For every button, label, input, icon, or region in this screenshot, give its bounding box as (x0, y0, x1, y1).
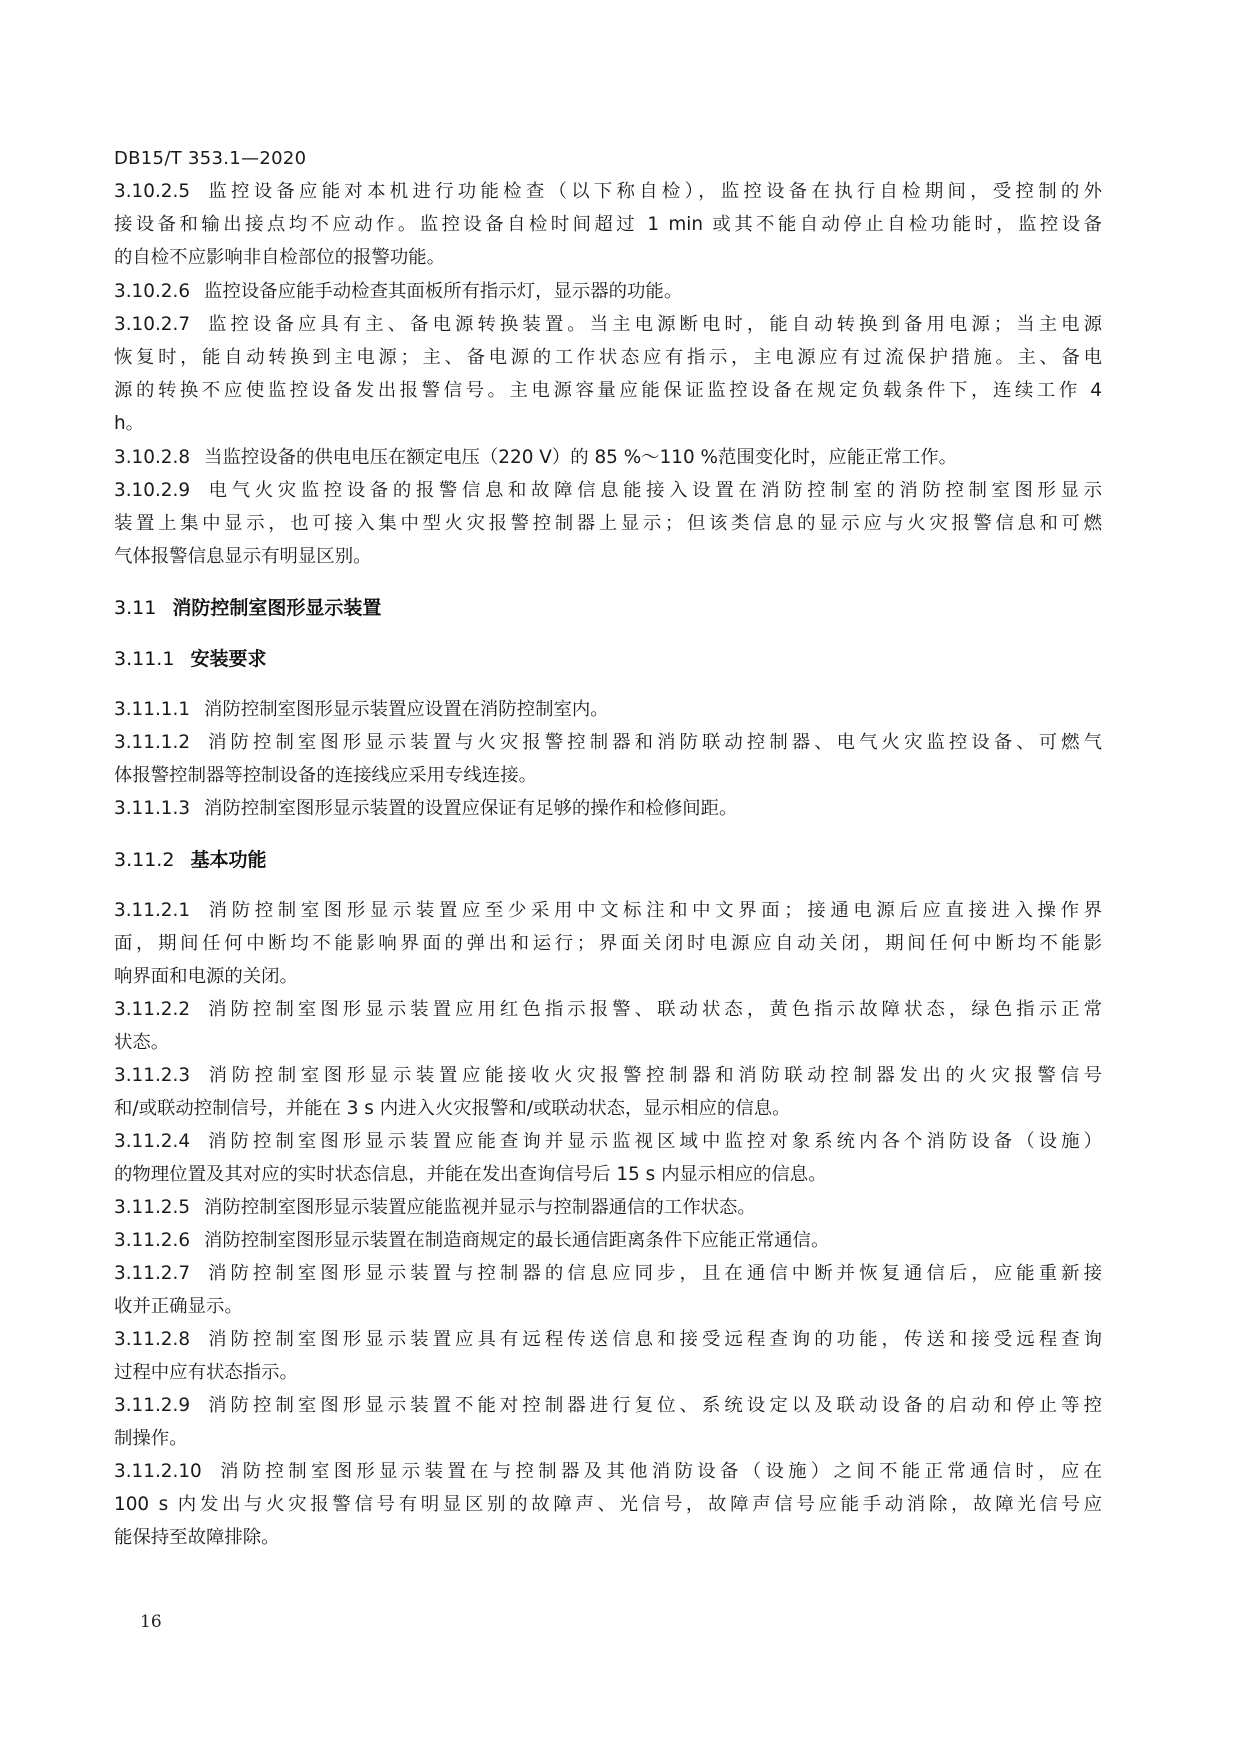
clause-3-11-2-8-line-2: 过程中应有状态指示。 (114, 1361, 1102, 1385)
clause-3-11-2-9-line-2: 制操作。 (114, 1427, 1102, 1451)
clause-3-10-2-9-line-2: 装置上集中显示，也可接入集中型火灾报警控制器上显示；但该类信息的显示应与火灾报警… (114, 512, 1102, 536)
clause-text: 监控设备应能对本机进行功能检查（以下称自检），监控设备在执行自检期间，受控制的外 (204, 181, 1102, 202)
clause-3-10-2-8-line-1: 3.10.2.8当监控设备的供电电压在额定电压（220 V）的 85 %～110… (114, 446, 1102, 470)
clause-3-11-2-7-line-2: 收并正确显示。 (114, 1295, 1102, 1319)
clause-number: 3.11.1.3 (114, 797, 190, 821)
section-number: 3.11.1 (114, 647, 174, 671)
section-heading-3-11-2: 3.11.2基本功能 (114, 848, 266, 872)
clause-text: 消防控制室图形显示装置应设置在消防控制室内。 (204, 699, 609, 720)
clause-3-11-2-1-line-3: 响界面和电源的关闭。 (114, 965, 1102, 989)
clause-number: 3.11.2.9 (114, 1394, 190, 1418)
section-heading-3-11-1: 3.11.1安装要求 (114, 647, 266, 671)
clause-3-11-2-9-line-1: 3.11.2.9消防控制室图形显示装置不能对控制器进行复位、系统设定以及联动设备… (114, 1394, 1102, 1418)
clause-3-11-2-5-line-1: 3.11.2.5消防控制室图形显示装置应能监视并显示与控制器通信的工作状态。 (114, 1196, 1102, 1220)
clause-3-11-2-10-line-2: 100 s 内发出与火灾报警信号有明显区别的故障声、光信号，故障声信号应能手动消… (114, 1493, 1102, 1517)
clause-3-11-2-2-line-1: 3.11.2.2消防控制室图形显示装置应用红色指示报警、联动状态，黄色指示故障状… (114, 998, 1102, 1022)
clause-3-11-2-4-line-1: 3.11.2.4消防控制室图形显示装置应能查询并显示监视区域中监控对象系统内各个… (114, 1130, 1102, 1154)
section-number: 3.11 (114, 596, 156, 620)
clause-3-10-2-9-line-1: 3.10.2.9电气火灾监控设备的报警信息和故障信息能接入设置在消防控制室的消防… (114, 479, 1102, 503)
clause-3-11-2-4-line-2: 的物理位置及其对应的实时状态信息，并能在发出查询信号后 15 s 内显示相应的信… (114, 1163, 1102, 1187)
clause-3-11-2-2-line-2: 状态。 (114, 1031, 1102, 1055)
clause-3-10-2-5-line-2: 接设备和输出接点均不应动作。监控设备自检时间超过 1 min 或其不能自动停止自… (114, 213, 1102, 237)
clause-number: 3.11.2.1 (114, 899, 190, 923)
clause-number: 3.11.1.2 (114, 731, 190, 755)
clause-text: 消防控制室图形显示装置与火灾报警控制器和消防联动控制器、电气火灾监控设备、可燃气 (204, 732, 1102, 753)
clause-text: 消防控制室图形显示装置应具有远程传送信息和接受远程查询的功能，传送和接受远程查询 (204, 1329, 1102, 1350)
clause-number: 3.10.2.6 (114, 280, 190, 304)
clause-number: 3.11.1.1 (114, 698, 190, 722)
clause-number: 3.11.2.2 (114, 998, 190, 1022)
section-title: 安装要求 (190, 648, 266, 670)
clause-text: 消防控制室图形显示装置不能对控制器进行复位、系统设定以及联动设备的启动和停止等控 (204, 1395, 1102, 1416)
clause-text: 消防控制室图形显示装置的设置应保证有足够的操作和检修间距。 (204, 798, 737, 819)
clause-3-11-2-3-line-2: 和/或联动控制信号，并能在 3 s 内进入火灾报警和/或联动状态，显示相应的信息… (114, 1097, 1102, 1121)
clause-number: 3.10.2.8 (114, 446, 190, 470)
clause-3-10-2-7-line-2: 恢复时，能自动转换到主电源；主、备电源的工作状态应有指示，主电源应有过流保护措施… (114, 346, 1102, 370)
clause-3-11-1-3-line-1: 3.11.1.3消防控制室图形显示装置的设置应保证有足够的操作和检修间距。 (114, 797, 1102, 821)
clause-number: 3.10.2.5 (114, 180, 190, 204)
clause-3-11-1-2-line-1: 3.11.1.2消防控制室图形显示装置与火灾报警控制器和消防联动控制器、电气火灾… (114, 731, 1102, 755)
clause-3-11-1-2-line-2: 体报警控制器等控制设备的连接线应采用专线连接。 (114, 764, 1102, 788)
clause-3-10-2-7-line-1: 3.10.2.7监控设备应具有主、备电源转换装置。当主电源断电时，能自动转换到备… (114, 313, 1102, 337)
clause-number: 3.10.2.9 (114, 479, 190, 503)
clause-3-10-2-5-line-3: 的自检不应影响非自检部位的报警功能。 (114, 246, 1102, 270)
clause-3-10-2-5-line-1: 3.10.2.5监控设备应能对本机进行功能检查（以下称自检），监控设备在执行自检… (114, 180, 1102, 204)
clause-number: 3.11.2.3 (114, 1064, 190, 1088)
clause-text: 消防控制室图形显示装置应至少采用中文标注和中文界面；接通电源后应直接进入操作界 (204, 900, 1102, 921)
clause-3-10-2-9-line-3: 气体报警信息显示有明显区别。 (114, 545, 1102, 569)
clause-text: 消防控制室图形显示装置在与控制器及其他消防设备（设施）之间不能正常通信时，应在 (216, 1461, 1102, 1482)
clause-number: 3.11.2.5 (114, 1196, 190, 1220)
clause-text: 消防控制室图形显示装置与控制器的信息应同步，且在通信中断并恢复通信后，应能重新接 (204, 1263, 1102, 1284)
clause-3-11-2-6-line-1: 3.11.2.6消防控制室图形显示装置在制造商规定的最长通信距离条件下应能正常通… (114, 1229, 1102, 1253)
clause-text: 监控设备应具有主、备电源转换装置。当主电源断电时，能自动转换到备用电源；当主电源 (204, 314, 1102, 335)
clause-3-10-2-7-line-4: h。 (114, 412, 1102, 436)
clause-3-11-2-7-line-1: 3.11.2.7消防控制室图形显示装置与控制器的信息应同步，且在通信中断并恢复通… (114, 1262, 1102, 1286)
clause-text: 消防控制室图形显示装置应能查询并显示监视区域中监控对象系统内各个消防设备（设施） (204, 1131, 1102, 1152)
clause-number: 3.10.2.7 (114, 313, 190, 337)
section-number: 3.11.2 (114, 848, 174, 872)
clause-3-11-2-10-line-3: 能保持至故障排除。 (114, 1526, 1102, 1550)
clause-text: 电气火灾监控设备的报警信息和故障信息能接入设置在消防控制室的消防控制室图形显示 (204, 480, 1102, 501)
section-heading-3-11: 3.11消防控制室图形显示装置 (114, 596, 381, 620)
clause-number: 3.11.2.7 (114, 1262, 190, 1286)
clause-number: 3.11.2.4 (114, 1130, 190, 1154)
clause-3-11-1-1-line-1: 3.11.1.1消防控制室图形显示装置应设置在消防控制室内。 (114, 698, 1102, 722)
clause-3-11-2-10-line-1: 3.11.2.10消防控制室图形显示装置在与控制器及其他消防设备（设施）之间不能… (114, 1460, 1102, 1484)
clause-3-11-2-8-line-1: 3.11.2.8消防控制室图形显示装置应具有远程传送信息和接受远程查询的功能，传… (114, 1328, 1102, 1352)
clause-text: 消防控制室图形显示装置应能接收火灾报警控制器和消防联动控制器发出的火灾报警信号 (204, 1065, 1102, 1086)
clause-text: 消防控制室图形显示装置应用红色指示报警、联动状态，黄色指示故障状态，绿色指示正常 (204, 999, 1102, 1020)
section-title: 基本功能 (190, 849, 266, 871)
page-number: 16 (140, 1612, 162, 1632)
clause-text: 消防控制室图形显示装置在制造商规定的最长通信距离条件下应能正常通信。 (204, 1230, 829, 1251)
clause-3-11-2-3-line-1: 3.11.2.3消防控制室图形显示装置应能接收火灾报警控制器和消防联动控制器发出… (114, 1064, 1102, 1088)
section-title: 消防控制室图形显示装置 (172, 597, 381, 619)
clause-3-10-2-6-line-1: 3.10.2.6监控设备应能手动检查其面板所有指示灯，显示器的功能。 (114, 280, 1102, 304)
clause-3-11-2-1-line-1: 3.11.2.1消防控制室图形显示装置应至少采用中文标注和中文界面；接通电源后应… (114, 899, 1102, 923)
clause-number: 3.11.2.10 (114, 1460, 202, 1484)
clause-text: 消防控制室图形显示装置应能监视并显示与控制器通信的工作状态。 (204, 1197, 756, 1218)
standard-code-header: DB15/T 353.1—2020 (114, 148, 306, 169)
clause-3-11-2-1-line-2: 面，期间任何中断均不能影响界面的弹出和运行；界面关闭时电源应自动关闭，期间任何中… (114, 932, 1102, 956)
clause-text: 监控设备应能手动检查其面板所有指示灯，显示器的功能。 (204, 281, 682, 302)
clause-number: 3.11.2.6 (114, 1229, 190, 1253)
clause-3-10-2-7-line-3: 源的转换不应使监控设备发出报警信号。主电源容量应能保证监控设备在规定负载条件下，… (114, 379, 1102, 403)
clause-text: 当监控设备的供电电压在额定电压（220 V）的 85 %～110 %范围变化时，… (204, 447, 957, 468)
document-page: DB15/T 353.1—2020 3.10.2.5监控设备应能对本机进行功能检… (0, 0, 1241, 1755)
clause-number: 3.11.2.8 (114, 1328, 190, 1352)
